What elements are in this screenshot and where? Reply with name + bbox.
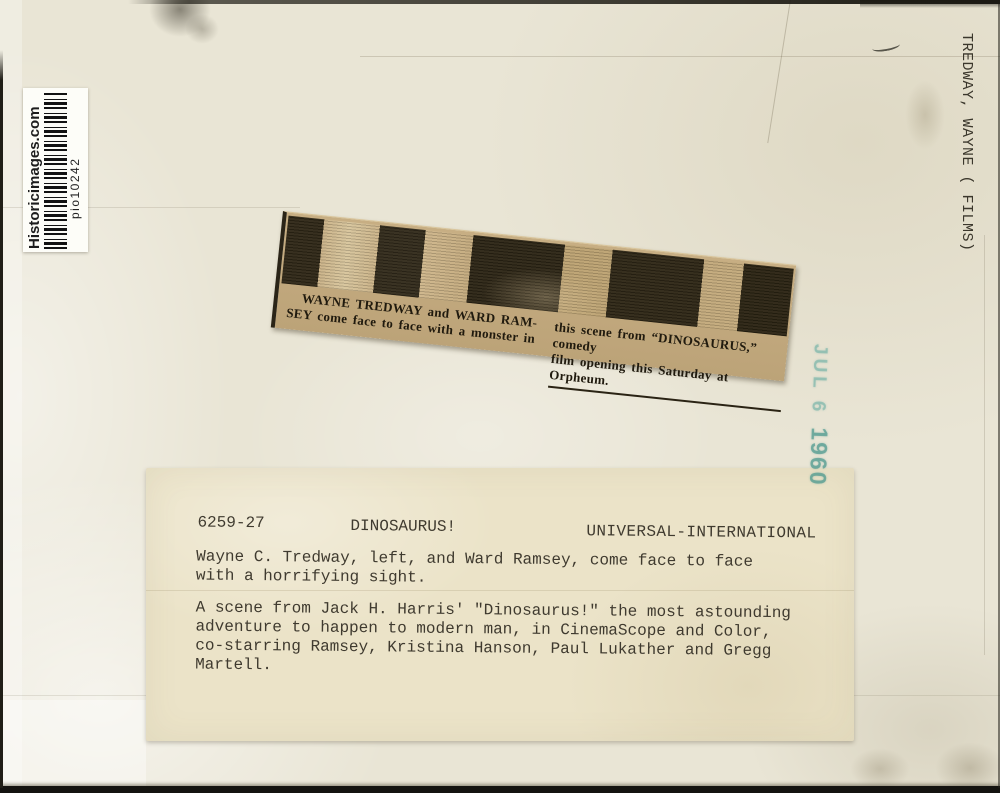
news-clipping: WAYNE TREDWAY and WARD RAM- SEY come fac… — [271, 211, 796, 381]
crease-line — [767, 0, 791, 143]
scan-edge-top-right — [860, 0, 1000, 8]
archive-label: Historicimages.com pio10242 — [23, 88, 88, 252]
paper-highlight-bottom-left — [0, 700, 146, 786]
paper-stain — [905, 80, 945, 150]
caption-slip-text: 6259-27 DINOSAURUS! UNIVERSAL-INTERNATIO… — [143, 468, 854, 748]
studio-name: UNIVERSAL-INTERNATIONAL — [586, 522, 816, 543]
caption-slip: 6259-27 DINOSAURUS! UNIVERSAL-INTERNATIO… — [146, 468, 854, 741]
paper-highlight-left — [0, 0, 22, 793]
date-stamp-month-day: JUL 6 — [806, 344, 830, 416]
film-title: DINOSAURUS! — [350, 517, 456, 537]
archive-site-text: Historicimages.com — [26, 91, 43, 249]
archive-item-id: pio10242 — [68, 91, 82, 249]
filing-note: TREDWAY, WAYNE ( FILMS) — [957, 33, 975, 259]
scan-edge-bottom — [0, 786, 1000, 793]
caption-header: 6259-27 DINOSAURUS! UNIVERSAL-INTERNATIO… — [146, 513, 854, 520]
archive-label-content: Historicimages.com pio10242 — [26, 91, 84, 249]
barcode-icon — [44, 93, 67, 249]
paper-stain — [850, 748, 910, 790]
scan-edge-left — [0, 50, 3, 788]
photo-number: 6259-27 — [197, 513, 264, 533]
clipping-caption-right-column: this scene from “DINOSAURUS,” comedy fil… — [548, 319, 788, 412]
date-stamp-year: 1960 — [804, 427, 833, 487]
caption-paragraph-2: A scene from Jack H. Harris' "Dinosaurus… — [195, 598, 856, 680]
crease-line — [984, 235, 985, 655]
ink-smudge — [185, 14, 219, 44]
caption-paragraph-1: Wayne C. Tredway, left, and Ward Ramsey,… — [196, 547, 836, 591]
photo-back-scan: 6259-27 DINOSAURUS! UNIVERSAL-INTERNATIO… — [0, 0, 1000, 793]
crease-line — [360, 56, 1000, 57]
scratch-mark — [871, 40, 900, 54]
